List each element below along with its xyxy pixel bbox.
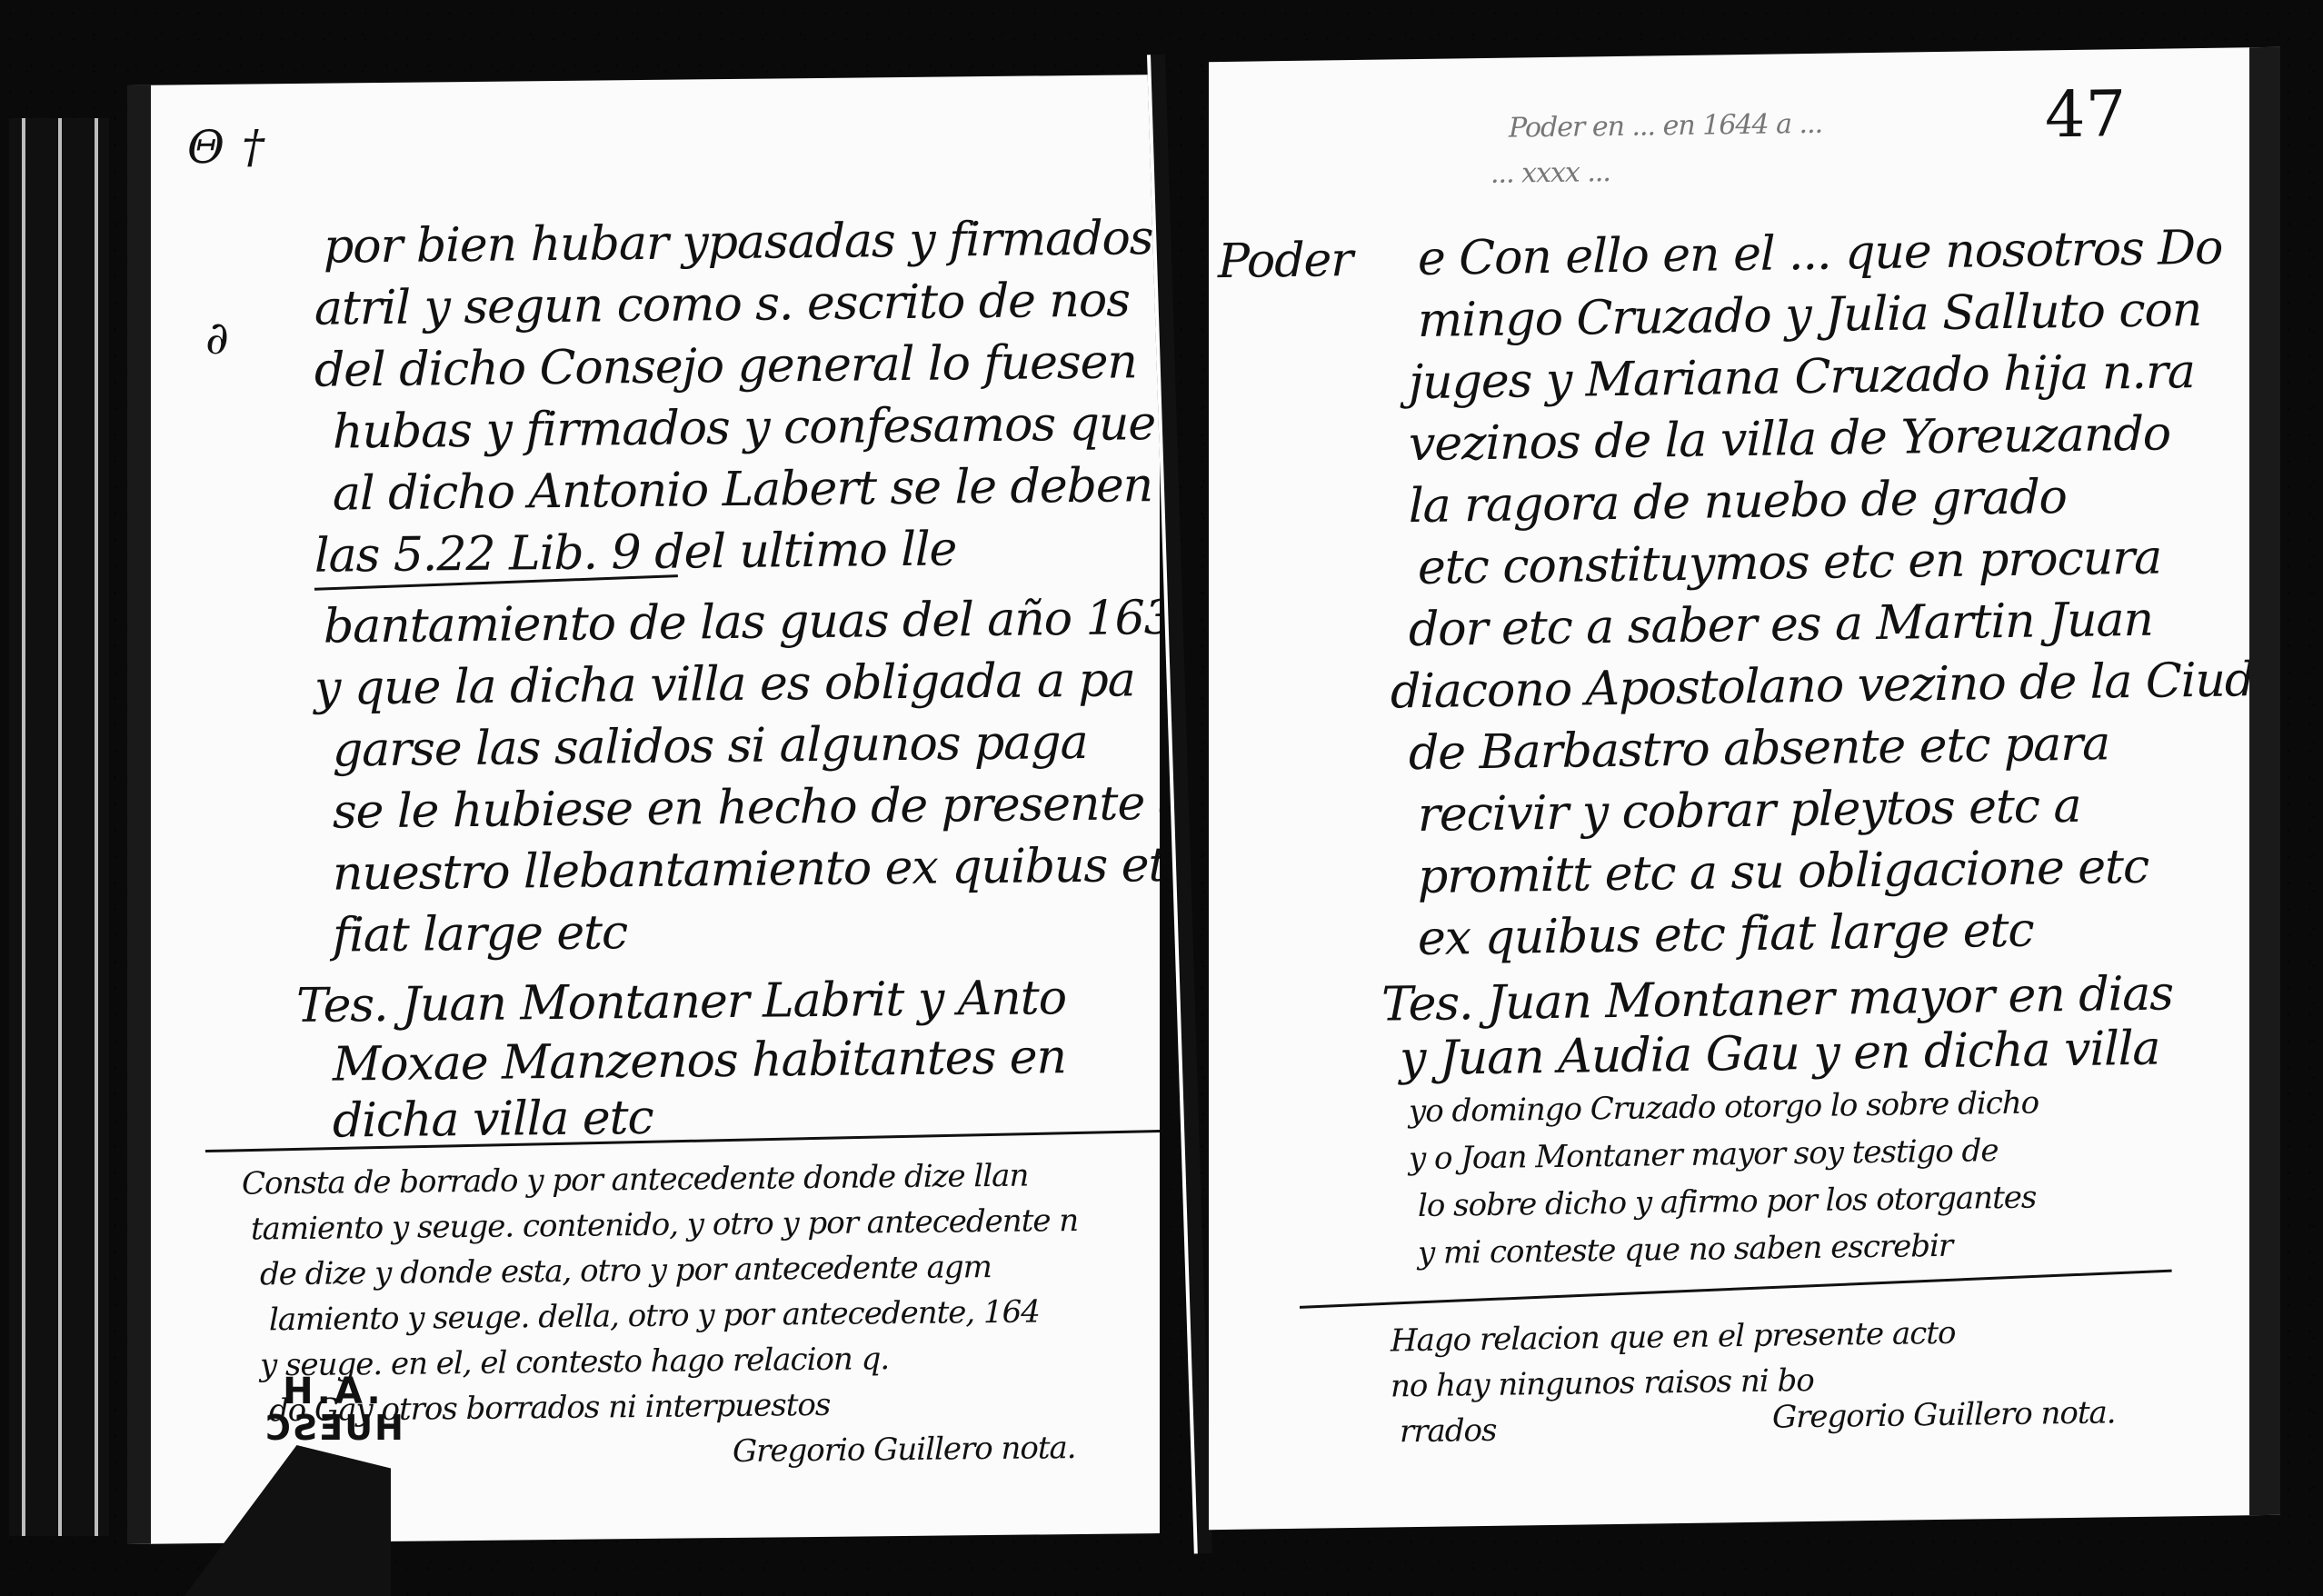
note-line: rrados (1400, 1412, 1496, 1450)
notary-signature: Gregorio Guillero nota. (1772, 1394, 2116, 1435)
header-line: ... xxxx ... (1491, 156, 1610, 190)
text-line: las 5.22 Lib. 9 del ultimo lle (314, 522, 956, 583)
margin-mark: ∂ (205, 312, 228, 364)
text-line: juges y Mariana Cruzado hija n.ra (1409, 344, 2195, 410)
witness-line: Tes. Juan Montaner Labrit y Anto (296, 971, 1066, 1033)
text-line: recivir y cobrar pleytos etc a (1418, 779, 2080, 843)
note-line: no hay ningunos raisos ni bo (1391, 1362, 1814, 1405)
witness-line: y Juan Audia Gau y en dicha villa (1400, 1022, 2159, 1087)
note-line: tamiento y seuge. contenido, y otro y po… (251, 1202, 1078, 1248)
text-line: de Barbastro absente etc para (1409, 716, 2109, 781)
note-line: lamiento y seuge. della, otro y por ante… (269, 1293, 1040, 1338)
text-line: se le hubiese en hecho de presente del (333, 775, 1160, 839)
text-line: etc constituymos etc en procura (1418, 531, 2161, 595)
margin-label: Poder (1218, 233, 1352, 289)
margin-mark: † (242, 120, 264, 173)
text-line: dor etc a saber es a Martin Juan (1409, 593, 2153, 657)
text-line: al dicho Antonio Labert se le deben (333, 458, 1152, 521)
text-line: garse las salidos si algunos paga (333, 715, 1088, 778)
stamp-line-2: HUESC (264, 1411, 404, 1447)
witness-line: y mi conteste que no saben escrebir (1418, 1228, 1952, 1272)
witness-line: yo domingo Cruzado otorgo lo sobre dicho (1409, 1084, 2039, 1130)
text-line: nuestro llebantamiento ex quibus etc (333, 838, 1160, 902)
book-binding-edge (9, 118, 109, 1536)
margin-mark: Θ (187, 121, 224, 174)
text-line: y que la dicha villa es obligada a pa (314, 653, 1135, 715)
text-line: hubas y firmados y confesamos que (333, 396, 1155, 459)
text-line: del dicho Consejo general lo fuesen (314, 334, 1137, 397)
note-line: de dize y donde esta, otro y por anteced… (260, 1249, 992, 1292)
text-line: por bien hubar ypasadas y firmados (324, 211, 1152, 274)
right-page: 47 Poder en ... en 1644 a ... ... xxxx .… (1209, 47, 2280, 1530)
text-line: vezinos de la villa de Yoreuzando (1409, 406, 2170, 472)
text-line: promitt etc a su obligacione etc (1418, 840, 2149, 904)
text-line: la ragora de nuebo de grado (1409, 470, 2067, 534)
archive-stamp: H.A. HUESC (264, 1372, 404, 1447)
separator-rule (1300, 1270, 2172, 1309)
text-line: atril y segun como s. escrito de nos (314, 273, 1130, 335)
witness-line: y o Joan Montaner mayor soy testigo de (1409, 1132, 1998, 1177)
witness-line: Moxae Manzenos habitantes en (333, 1030, 1066, 1092)
left-page: Θ † ∂ por bien hubar ypasadas y firmados… (127, 75, 1160, 1544)
text-line: fiat large etc (333, 905, 627, 963)
page-number: 47 (2045, 76, 2126, 152)
notary-signature: Gregorio Guillero nota. (733, 1430, 1076, 1470)
text-line: e Con ello en el ... que nosotros Do (1418, 221, 2222, 286)
header-line: Poder en ... en 1644 a ... (1509, 108, 1822, 145)
text-line: diacono Apostolano vezino de la Ciudad (1391, 652, 2280, 719)
witness-line: dicha villa etc (333, 1091, 653, 1149)
text-line: mingo Cruzado y Julia Salluto con (1418, 283, 2201, 348)
note-line: Hago relacion que en el presente acto (1391, 1315, 1955, 1360)
text-line: bantamiento de las guas del año 1637 (324, 591, 1160, 654)
text-line: ex quibus etc fiat large etc (1418, 903, 2034, 966)
note-line: Consta de borrado y por antecedente dond… (242, 1158, 1028, 1202)
witness-line: lo sobre dicho y afirmo por los otorgant… (1418, 1180, 2036, 1224)
stamp-line-1: H.A. (264, 1372, 404, 1411)
